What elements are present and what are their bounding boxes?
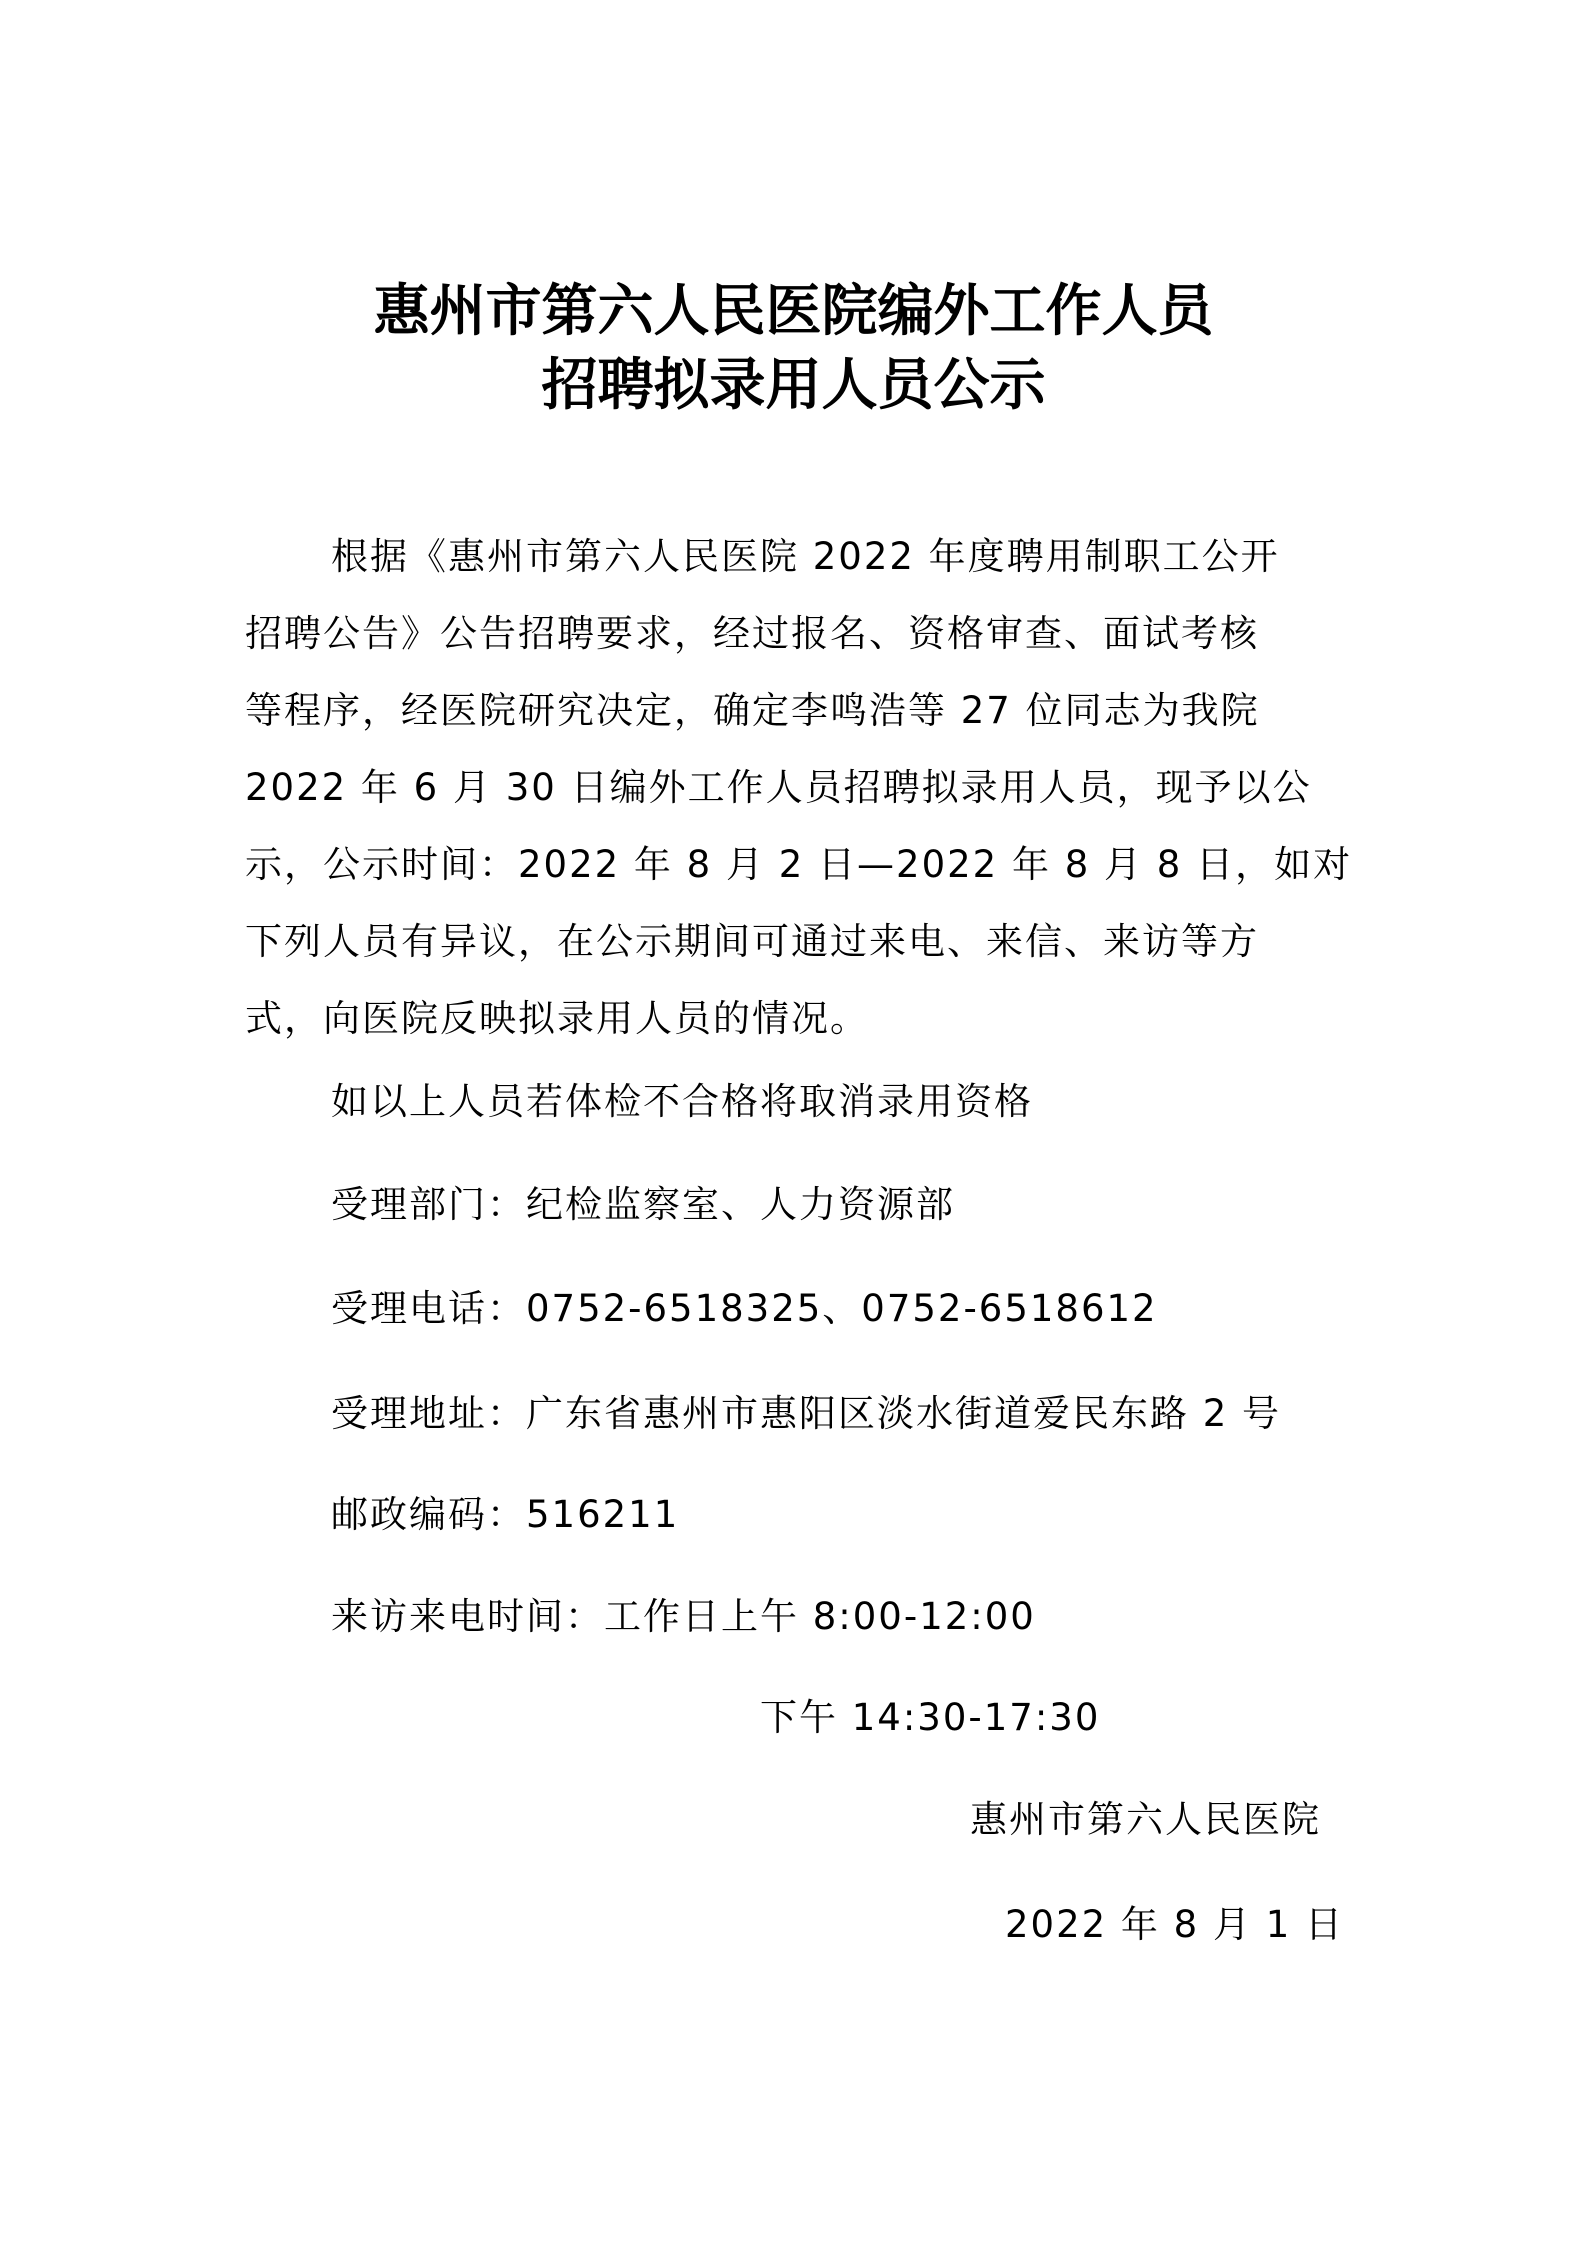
body-line: 示，公示时间：2022 年 8 月 2 日—2022 年 8 月 8 日，如对 bbox=[245, 840, 1352, 890]
body-line: 等程序，经医院研究决定，确定李鸣浩等 27 位同志为我院 bbox=[245, 686, 1260, 736]
body-line: 式，向医院反映拟录用人员的情况。 bbox=[245, 994, 869, 1044]
signature-organization: 惠州市第六人民医院 bbox=[970, 1795, 1321, 1845]
contact-department: 受理部门：纪检监察室、人力资源部 bbox=[331, 1180, 955, 1230]
body-line: 2022 年 6 月 30 日编外工作人员招聘拟录用人员，现予以公 bbox=[245, 763, 1312, 813]
contact-postcode: 邮政编码：516211 bbox=[331, 1490, 679, 1540]
signature-date: 2022 年 8 月 1 日 bbox=[1005, 1900, 1344, 1950]
document-title-line-2: 招聘拟录用人员公示 bbox=[0, 350, 1587, 420]
contact-hours-afternoon: 下午 14:30-17:30 bbox=[760, 1693, 1100, 1743]
physical-exam-note: 如以上人员若体检不合格将取消录用资格 bbox=[331, 1077, 1033, 1127]
contact-hours-morning: 来访来电时间：工作日上午 8:00-12:00 bbox=[331, 1592, 1036, 1642]
contact-phone: 受理电话：0752-6518325、0752-6518612 bbox=[331, 1284, 1158, 1334]
body-line: 招聘公告》公告招聘要求，经过报名、资格审查、面试考核 bbox=[245, 609, 1259, 659]
document-title-line-1: 惠州市第六人民医院编外工作人员 bbox=[0, 276, 1587, 346]
body-line: 下列人员有异议，在公示期间可通过来电、来信、来访等方 bbox=[245, 917, 1259, 967]
contact-address: 受理地址：广东省惠州市惠阳区淡水街道爱民东路 2 号 bbox=[331, 1389, 1281, 1439]
body-line: 根据《惠州市第六人民医院 2022 年度聘用制职工公开 bbox=[331, 532, 1280, 582]
